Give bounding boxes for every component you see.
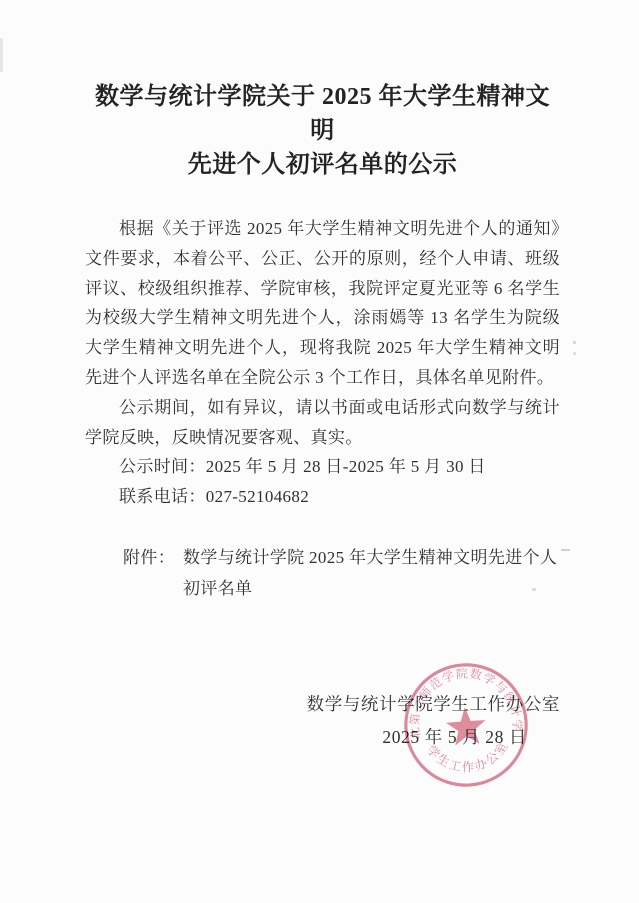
attachment-label: 附件：: [123, 542, 183, 604]
title-line-1: 数学与统计学院关于 2025 年大学生精神文明: [85, 80, 560, 148]
document-body: 根据《关于评选 2025 年大学生精神文明先进个人的通知》文件要求，本着公平、公…: [85, 214, 560, 512]
scanned-notice-page: 数学与统计学院关于 2025 年大学生精神文明 先进个人初评名单的公示 根据《关…: [0, 0, 639, 903]
document-title: 数学与统计学院关于 2025 年大学生精神文明 先进个人初评名单的公示: [85, 80, 560, 182]
signature-office: 数学与统计学院学生工作办公室: [85, 688, 560, 721]
title-line-2: 先进个人初评名单的公示: [85, 148, 560, 182]
contact-phone-line: 联系电话：027-52104682: [85, 482, 560, 512]
page-content: 数学与统计学院关于 2025 年大学生精神文明 先进个人初评名单的公示 根据《关…: [0, 0, 639, 754]
scan-artifact: [573, 341, 576, 344]
attachment-note: 附件： 数学与统计学院 2025 年大学生精神文明先进个人初评名单: [85, 542, 560, 604]
scan-artifact: [573, 352, 576, 355]
scan-artifact: [0, 38, 3, 72]
publicity-period-line: 公示时间：2025 年 5 月 28 日-2025 年 5 月 30 日: [85, 452, 560, 482]
scan-artifact: [532, 588, 536, 591]
attachment-text: 数学与统计学院 2025 年大学生精神文明先进个人初评名单: [183, 542, 560, 604]
signature-date: 2025 年 5 月 28 日: [85, 721, 560, 754]
scan-artifact: [561, 549, 570, 551]
paragraph-basis: 根据《关于评选 2025 年大学生精神文明先进个人的通知》文件要求，本着公平、公…: [85, 214, 560, 393]
paragraph-objection: 公示期间，如有异议，请以书面或电话形式向数学与统计学院反映，反映情况要客观、真实…: [85, 393, 560, 453]
